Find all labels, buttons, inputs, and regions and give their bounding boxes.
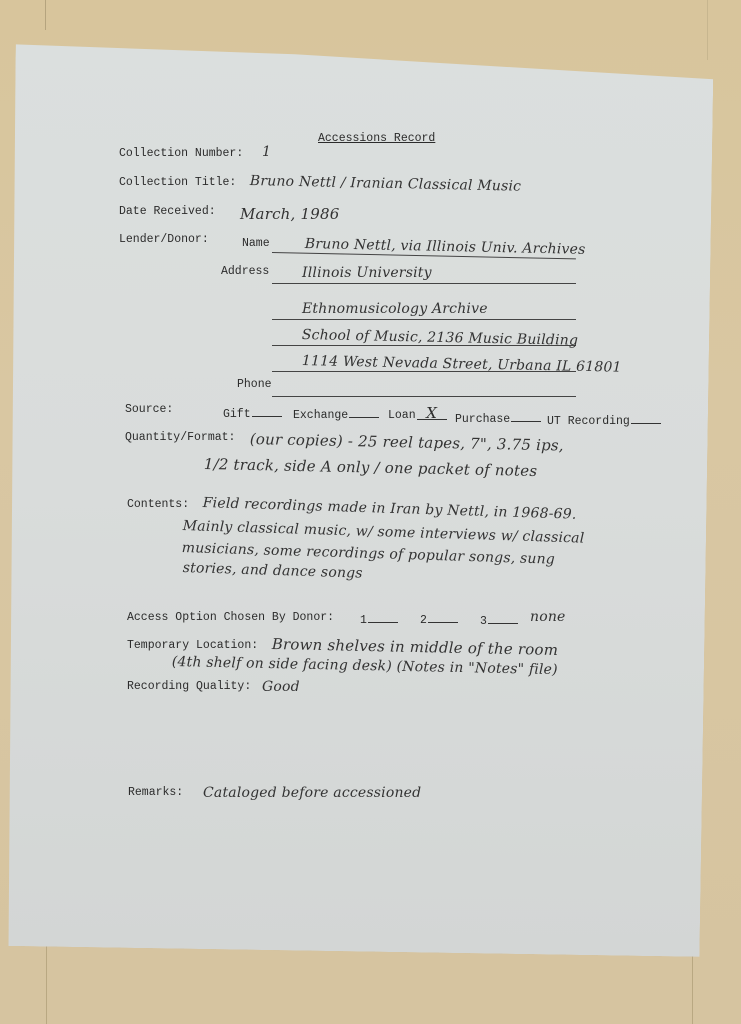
access-option-2-label: 2 — [420, 614, 427, 627]
address-underline-2 — [272, 319, 576, 320]
access-option-1-label: 1 — [360, 614, 367, 627]
address-line-4: 1114 West Nevada Street, Urbana IL 61801 — [302, 353, 622, 376]
source-exchange-blank — [349, 407, 379, 418]
source-label: Source: — [125, 403, 173, 416]
collection-title-label: Collection Title: — [119, 176, 236, 189]
source-purchase-label: Purchase — [455, 413, 510, 426]
recording-quality-label: Recording Quality: — [127, 680, 251, 693]
form-title: Accessions Record — [318, 132, 435, 145]
access-option-value: none — [530, 609, 566, 625]
date-received-value: March, 1986 — [240, 205, 339, 223]
recording-quality-value: Good — [262, 679, 300, 695]
source-exchange-label: Exchange — [293, 409, 348, 422]
collection-number-value: 1 — [262, 144, 271, 160]
address-underline-1 — [272, 283, 576, 284]
donor-name-value: Bruno Nettl, via Illinois Univ. Archives — [305, 236, 586, 258]
phone-underline — [272, 396, 576, 397]
source-option-purchase: Purchase — [455, 411, 541, 426]
access-option-3-label: 3 — [480, 615, 487, 628]
temporary-location-label: Temporary Location: — [127, 639, 258, 652]
address-label: Address — [221, 265, 269, 278]
quantity-format-label: Quantity/Format: — [125, 431, 235, 444]
contents-line-1: Field recordings made in Iran by Nettl, … — [202, 495, 576, 523]
source-loan-blank: X — [417, 409, 447, 420]
access-option-2-blank — [428, 612, 458, 623]
remarks-label: Remarks: — [128, 786, 183, 799]
source-ut-recording-blank — [631, 413, 661, 424]
name-label: Name — [242, 237, 270, 250]
address-line-1: Illinois University — [302, 265, 432, 281]
phone-label: Phone — [237, 378, 272, 391]
access-option-3: 3 — [480, 613, 518, 628]
access-option-1: 1 — [360, 612, 398, 627]
contents-label: Contents: — [127, 498, 189, 511]
contents-line-4: stories, and dance songs — [182, 560, 362, 582]
accessions-record-form: Accessions Record Collection Number: 1 C… — [0, 0, 741, 1024]
quantity-format-line-1: (our copies) - 25 reel tapes, 7", 3.75 i… — [250, 430, 564, 455]
remarks-value: Cataloged before accessioned — [203, 785, 421, 801]
source-option-loan: LoanX — [388, 409, 447, 422]
source-option-ut-recording: UT Recording — [547, 413, 661, 428]
source-gift-blank — [252, 406, 282, 417]
access-option-label: Access Option Chosen By Donor: — [127, 611, 334, 624]
access-option-3-blank — [488, 613, 518, 624]
source-loan-mark: X — [426, 404, 437, 422]
date-received-label: Date Received: — [119, 205, 216, 218]
source-option-gift: Gift — [223, 406, 282, 421]
temporary-location-line-1: Brown shelves in middle of the room — [272, 635, 559, 659]
quantity-format-line-2: 1/2 track, side A only / one packet of n… — [204, 455, 538, 480]
collection-number-label: Collection Number: — [119, 147, 243, 160]
access-option-2: 2 — [420, 612, 458, 627]
source-option-exchange: Exchange — [293, 407, 379, 422]
collection-title-value: Bruno Nettl / Iranian Classical Music — [250, 173, 522, 195]
lender-donor-label: Lender/Donor: — [119, 233, 209, 246]
address-line-2: Ethnomusicology Archive — [302, 301, 488, 317]
source-purchase-blank — [511, 411, 541, 422]
source-loan-label: Loan — [388, 409, 416, 422]
source-gift-label: Gift — [223, 408, 251, 421]
source-ut-recording-label: UT Recording — [547, 415, 630, 428]
access-option-1-blank — [368, 612, 398, 623]
